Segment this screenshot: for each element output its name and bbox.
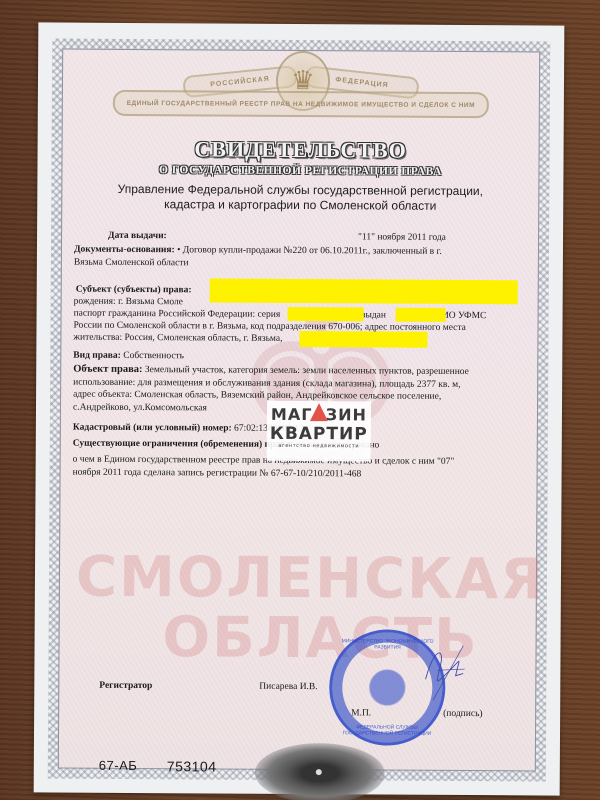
right-type: Вид права: Собственность [73,350,184,363]
rosette-center [316,769,322,775]
signature-label: (подпись) [443,708,483,721]
redaction-subject-name [210,278,518,304]
watermark-line-1: СМОЛЕНСКАЯ [76,548,526,611]
basis-documents: Документы-основания: • Договор купли-про… [74,244,504,272]
logo-triangle-icon [310,403,328,421]
issue-date-value: "11" ноября 2011 года [358,231,446,244]
passport-text: паспорт гражданина Российской Федерации:… [74,309,281,320]
right-type-value: Собственность [123,351,184,361]
basis-documents-label: Документы-основания: [74,245,175,256]
certificate-title: СВИДЕТЕЛЬСТВО [63,136,539,165]
form-number: 753104 [167,758,217,774]
basis-documents-value-2: Вязьма Смоленской области [74,257,189,268]
real-estate-agency-logo: МАГАЗИН КВАРТИР агентство недвижимости [267,401,371,462]
logo-line-2: КВАРТИР [267,425,371,444]
object-label: Объект права: [73,364,142,375]
header-emblem: РОССИЙСКАЯ ФЕДЕРАЦИЯ ♛ ЕДИНЫЙ ГОСУДАРСТВ… [103,54,499,126]
basis-documents-value-1: • Договор купли-продажи №220 от 06.10.20… [177,245,442,257]
record-line-1: о чем в Едином государственном реестре п… [73,455,455,467]
passport-issuer-text: МО УФМС [440,311,486,321]
redaction-address [299,331,427,348]
redaction-passport-series [288,307,364,321]
registrar-label: Регистратор [99,680,152,693]
right-type-label: Вид права: [73,351,121,361]
registrar-signature [409,642,479,702]
object-line-4: с.Андрейково, ул.Комсомольская [73,402,207,413]
logo-line-1: МАГАЗИН [267,405,371,426]
certificate-subtitle: О ГОСУДАРСТВЕННОЙ РЕГИСТРАЦИИ ПРАВА [62,164,538,179]
authority-line-2: кадастра и картографии по Смоленской обл… [62,197,538,215]
registrar-name: Писарева И.В. [259,681,317,694]
subjects-residence: жительства: Россия, Смоленская область, … [73,332,282,346]
cadastral-label: Кадастровый (или условный) номер: [73,423,232,434]
issue-date-label: Дата выдачи: [108,230,167,243]
object-line-3: адрес объекта: Смоленская область, Вязем… [73,390,441,402]
stamp-inner-text: ФЕДЕРАЛЬНОЙ СЛУЖБЫ ГОСУДАРСТВЕННОЙ РЕГИС… [332,724,442,737]
encumbrances-label: Существующие ограничения (обременения) п… [73,439,293,450]
certificate-paper: РОССИЙСКАЯ ФЕДЕРАЦИЯ ♛ ЕДИНЫЙ ГОСУДАРСТВ… [34,22,565,795]
logo-line-3: агентство недвижимости [267,443,371,450]
form-series: 67-АБ [99,758,138,773]
object-line-1: Земельный участок, категория земель: зем… [145,365,469,377]
record-line-2: ноября 2011 года сделана запись регистра… [73,467,362,479]
authority-line-1: Управление Федеральной службы государств… [62,182,538,200]
security-rosette-icon [255,743,385,800]
object-line-2: использование: для размещения и обслужив… [73,377,460,389]
certificate-body: РОССИЙСКАЯ ФЕДЕРАЦИЯ ♛ ЕДИНЫЙ ГОСУДАРСТВ… [58,49,540,772]
issuing-authority: Управление Федеральной службы государств… [62,182,538,215]
redaction-passport-date [396,308,446,322]
registry-ribbon: ЕДИНЫЙ ГОСУДАРСТВЕННЫЙ РЕЕСТР ПРАВ НА НЕ… [113,90,489,118]
